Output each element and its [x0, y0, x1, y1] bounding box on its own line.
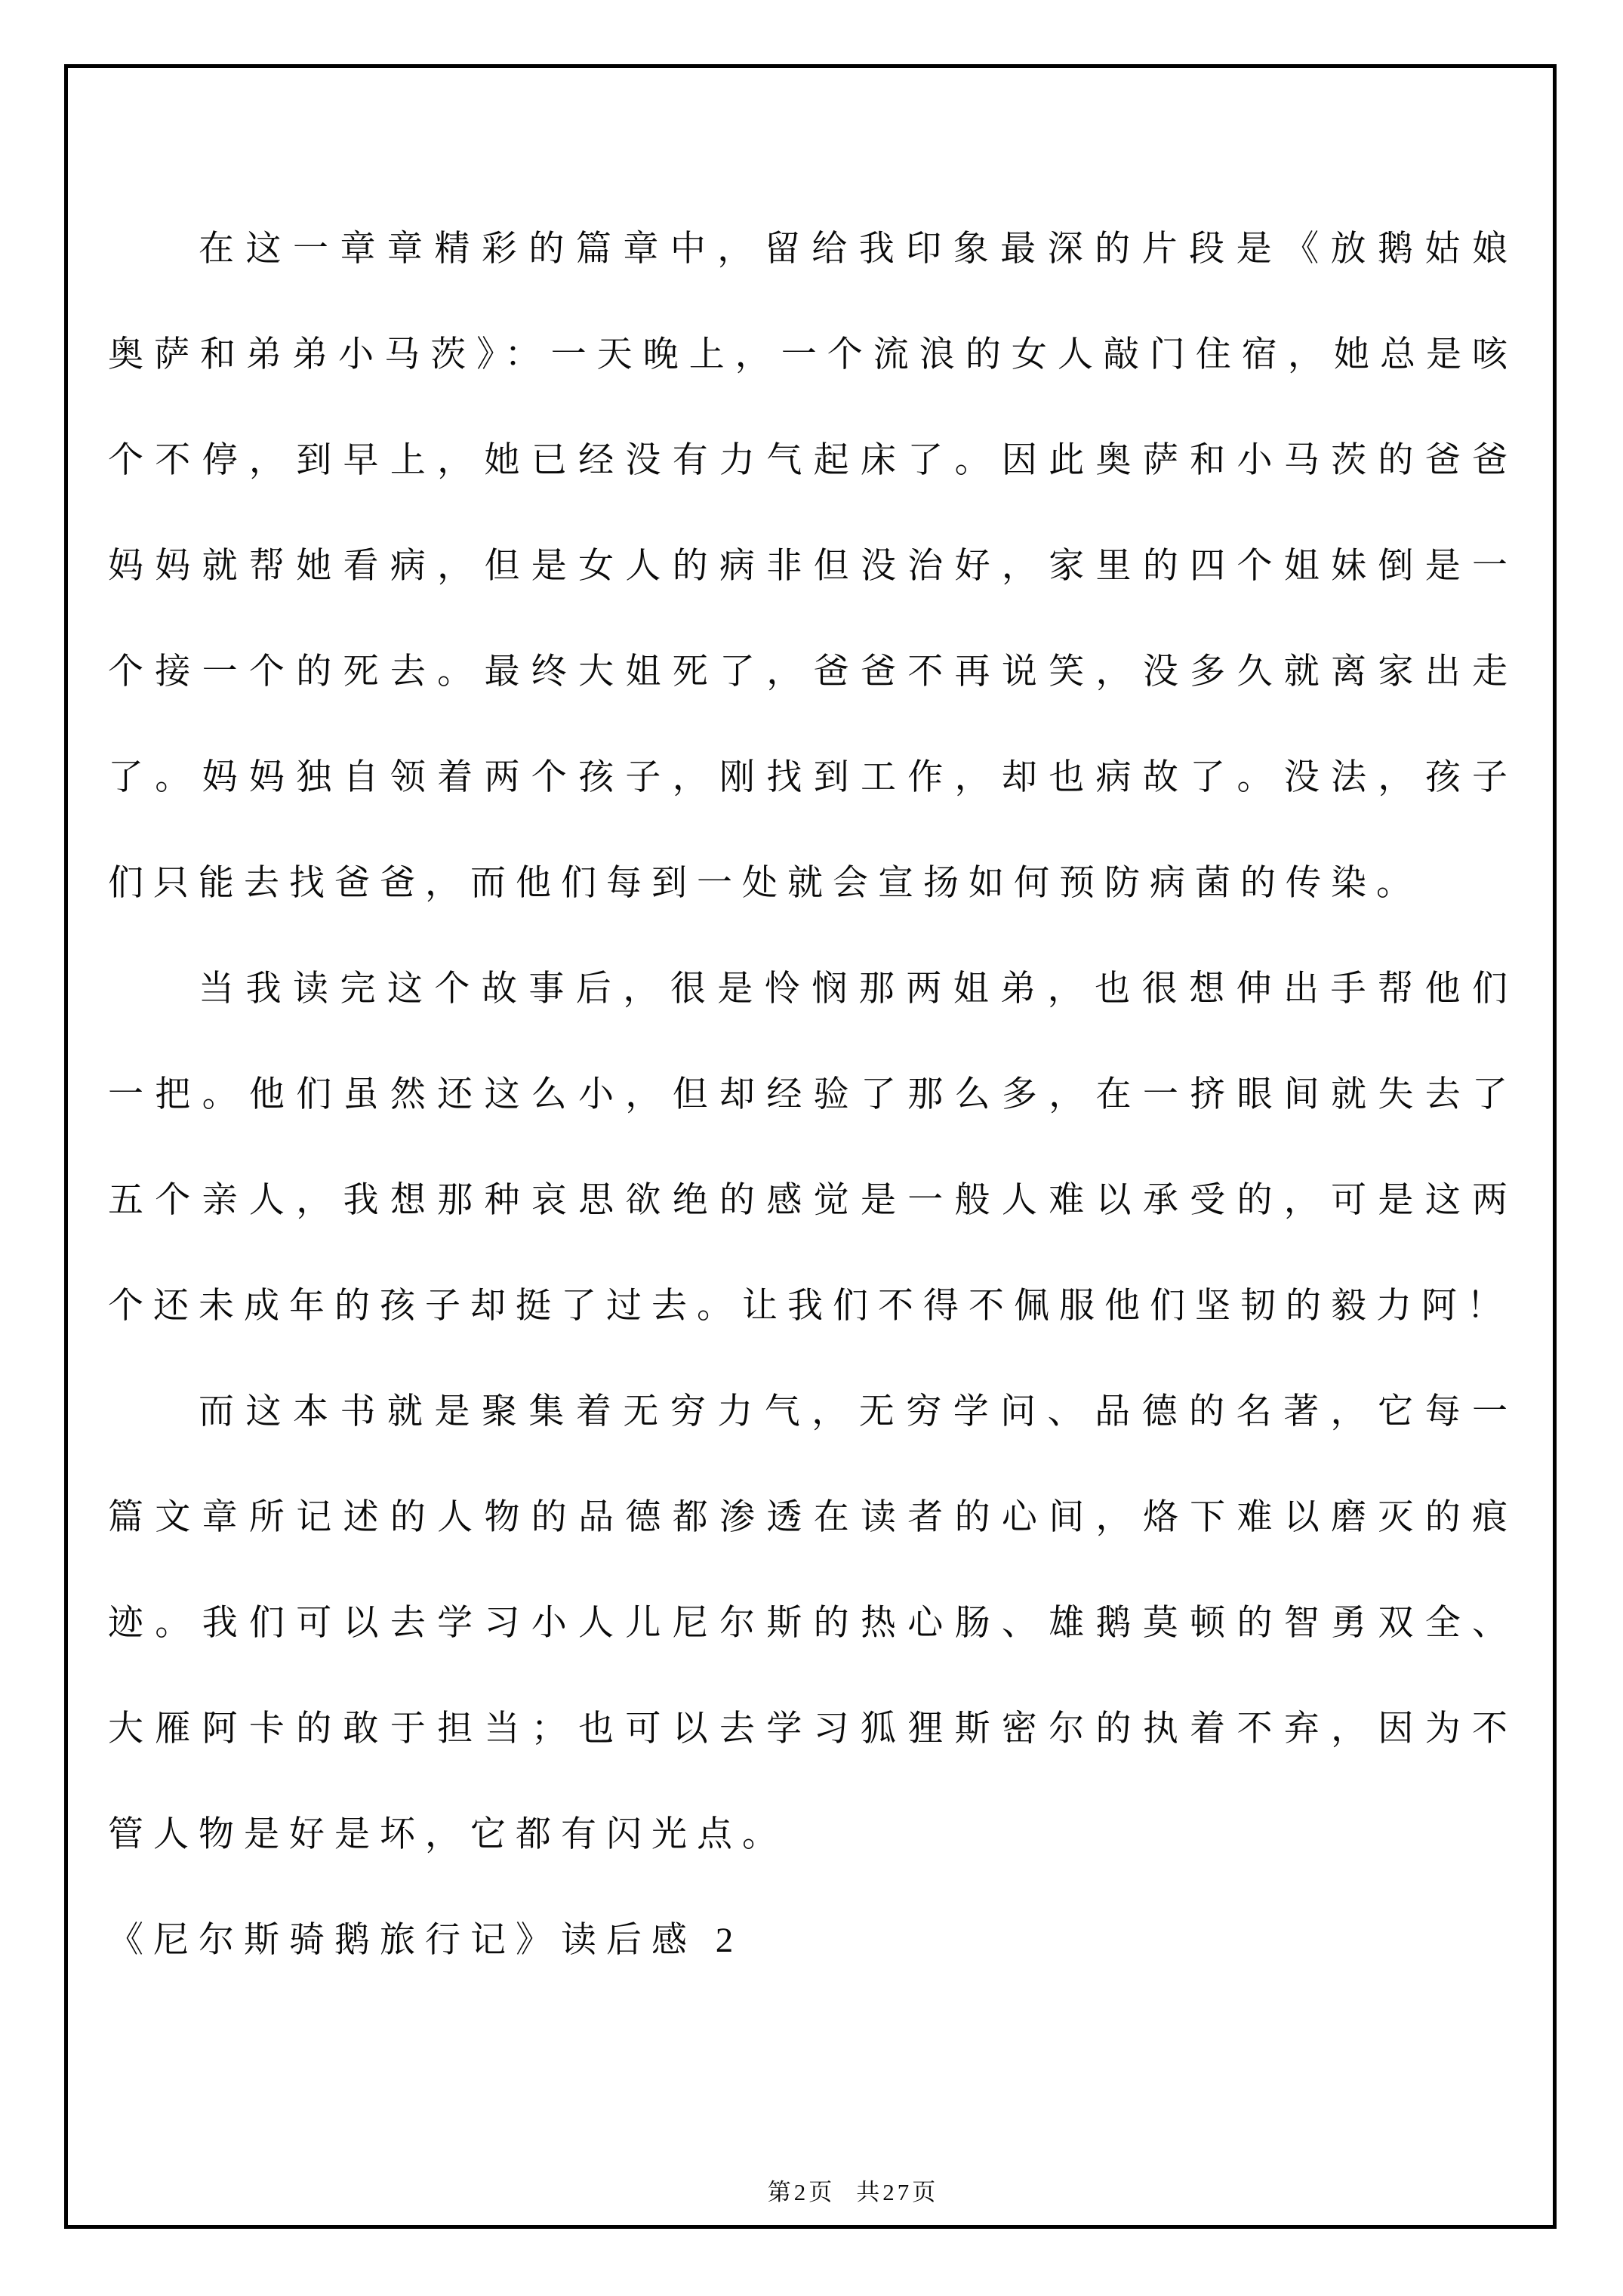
text-line: 妈妈就帮她看病，但是女人的病非但没治好，家里的四个姐妹倒是一	[108, 513, 1517, 619]
text-line: 五个亲人，我想那种哀思欲绝的感觉是一般人难以承受的，可是这两	[108, 1148, 1517, 1253]
text-line: 《尼尔斯骑鹅旅行记》读后感 2	[108, 1888, 1517, 1993]
text-line: 管人物是好是坏，它都有闪光点。	[108, 1782, 1517, 1888]
footer-page-number: 第2页	[768, 2173, 836, 2207]
text-line: 而这本书就是聚集着无穷力气，无穷学问、品德的名著，它每一	[108, 1359, 1517, 1465]
text-line: 在这一章章精彩的篇章中，留给我印象最深的片段是《放鹅姑娘	[108, 196, 1517, 302]
text-line: 一把。他们虽然还这么小，但却经验了那么多，在一挤眼间就失去了	[108, 1042, 1517, 1148]
text-line: 个接一个的死去。最终大姐死了，爸爸不再说笑，没多久就离家出走	[108, 619, 1517, 725]
footer-total-pages: 共27页	[856, 2173, 938, 2207]
text-line: 大雁阿卡的敢于担当；也可以去学习狐狸斯密尔的执着不弃，因为不	[108, 1676, 1517, 1782]
text-line: 个不停，到早上，她已经没有力气起床了。因此奥萨和小马茨的爸爸	[108, 408, 1517, 513]
page-footer: 第2页共27页	[768, 2173, 939, 2207]
text-line: 奥萨和弟弟小马茨》：一天晚上，一个流浪的女人敲门住宿，她总是咳	[108, 302, 1517, 408]
text-line: 篇文章所记述的人物的品德都渗透在读者的心间，烙下难以磨灭的痕	[108, 1465, 1517, 1570]
text-line: 们只能去找爸爸，而他们每到一处就会宣扬如何预防病菌的传染。	[108, 831, 1517, 936]
text-line: 迹。我们可以去学习小人儿尼尔斯的热心肠、雄鹅莫顿的智勇双全、	[108, 1570, 1517, 1676]
text-line: 了。妈妈独自领着两个孩子，刚找到工作，却也病故了。没法，孩子	[108, 725, 1517, 831]
text-line: 当我读完这个故事后，很是怜悯那两姐弟，也很想伸出手帮他们	[108, 936, 1517, 1042]
document-body: 在这一章章精彩的篇章中，留给我印象最深的片段是《放鹅姑娘奥萨和弟弟小马茨》：一天…	[108, 196, 1517, 1993]
text-line: 个还未成年的孩子却挺了过去。让我们不得不佩服他们坚韧的毅力阿！	[108, 1253, 1517, 1359]
